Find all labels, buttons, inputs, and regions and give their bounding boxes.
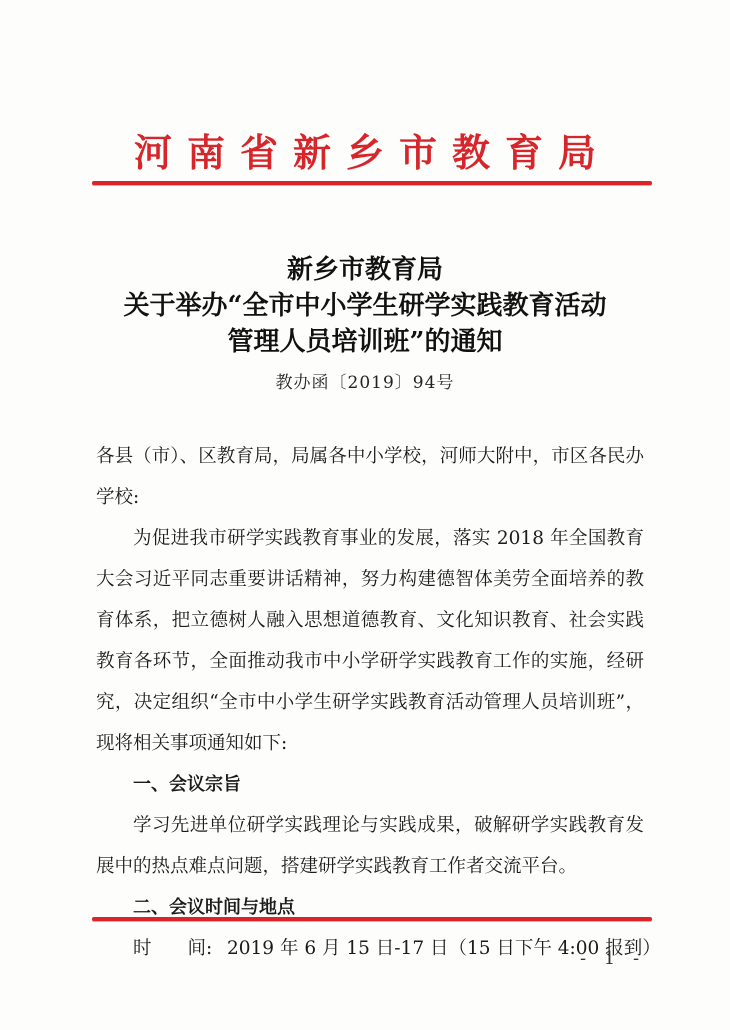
title-line-3: 管理人员培训班”的通知 (0, 324, 730, 360)
recipients: 各县（市）、区教育局，局属各中小学校，河师大附中，市区各民办学校: (96, 436, 644, 518)
time-label: 时间: (133, 928, 227, 969)
intro-paragraph: 为促进我市研学实践教育事业的发展，落实 2018 年全国教育大会习近平同志重要讲… (96, 518, 644, 764)
title-line-1: 新乡市教育局 (0, 252, 730, 288)
section-heading-purpose: 一、会议宗旨 (96, 764, 644, 805)
meeting-time-row: 时间:2019 年 6 月 15 日-17 日（15 日下午 4:00 报到） (96, 928, 644, 969)
document-number: 教办函〔2019〕94号 (0, 368, 730, 393)
title-line-2: 关于举办“全市中小学生研学实践教育活动 (0, 288, 730, 324)
letterhead-title: 河南省新乡市教育局 (0, 122, 730, 177)
document-title-block: 新乡市教育局 关于举办“全市中小学生研学实践教育活动 管理人员培训班”的通知 教… (0, 252, 730, 393)
page-number: - 1 - (580, 948, 645, 969)
section-text-purpose: 学习先进单位研学实践理论与实践成果，破解研学实践教育发展中的热点难点问题，搭建研… (96, 805, 644, 887)
footer-red-rule (92, 917, 652, 921)
section-heading-time-place: 二、会议时间与地点 (96, 887, 644, 928)
document-body: 各县（市）、区教育局，局属各中小学校，河师大附中，市区各民办学校: 为促进我市研… (96, 436, 644, 969)
letterhead-red-rule (92, 181, 652, 185)
